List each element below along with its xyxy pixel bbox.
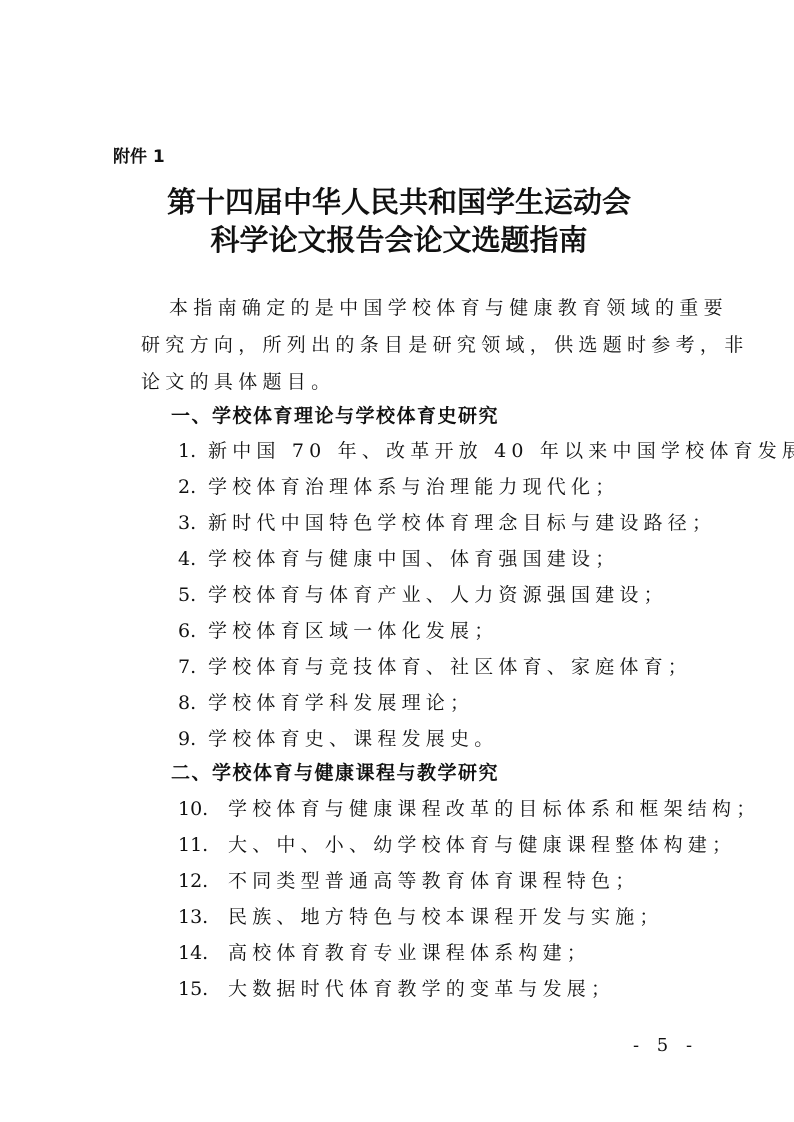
list-item: 11. 大、中、小、幼学校体育与健康课程整体构建； bbox=[178, 830, 736, 857]
intro-paragraph-line-2: 研究方向，所列出的条目是研究领域，供选题时参考，非 bbox=[141, 330, 749, 357]
item-number: 15. bbox=[178, 978, 228, 1000]
item-text: 学校体育治理体系与治理能力现代化； bbox=[208, 472, 619, 499]
item-number: 3. bbox=[178, 512, 208, 534]
item-number: 4. bbox=[178, 548, 208, 570]
list-item: 8. 学校体育学科发展理论； bbox=[178, 688, 474, 715]
item-text: 学校体育史、课程发展史。 bbox=[208, 724, 498, 751]
intro-paragraph-line-1: 本指南确定的是中国学校体育与健康教育领域的重要 bbox=[169, 293, 728, 320]
item-number: 2. bbox=[178, 476, 208, 498]
item-text: 学校体育学科发展理论； bbox=[208, 688, 474, 715]
attachment-label: 附件 1 bbox=[113, 142, 165, 167]
item-text: 大数据时代体育教学的变革与发展； bbox=[228, 974, 615, 1001]
intro-paragraph-line-3: 论文的具体题目。 bbox=[141, 367, 335, 394]
list-item: 2. 学校体育治理体系与治理能力现代化； bbox=[178, 472, 619, 499]
item-text: 新时代中国特色学校体育理念目标与建设路径； bbox=[208, 508, 716, 535]
item-number: 12. bbox=[178, 870, 228, 892]
list-item: 4. 学校体育与健康中国、体育强国建设； bbox=[178, 544, 619, 571]
list-item: 5. 学校体育与体育产业、人力资源强国建设； bbox=[178, 580, 668, 607]
item-text: 新中国 70 年、改革开放 40 年以来中国学校体育发展； bbox=[208, 436, 794, 463]
list-item: 3. 新时代中国特色学校体育理念目标与建设路径； bbox=[178, 508, 716, 535]
item-number: 9. bbox=[178, 728, 208, 750]
item-number: 11. bbox=[178, 834, 228, 856]
list-item: 7. 学校体育与竞技体育、社区体育、家庭体育； bbox=[178, 652, 692, 679]
document-title-line-1: 第十四届中华人民共和国学生运动会 bbox=[2, 180, 794, 221]
list-item: 1. 新中国 70 年、改革开放 40 年以来中国学校体育发展； bbox=[178, 436, 794, 463]
section-heading-1: 一、学校体育理论与学校体育史研究 bbox=[171, 401, 499, 428]
item-number: 14. bbox=[178, 942, 228, 964]
item-text: 学校体育与健康中国、体育强国建设； bbox=[208, 544, 619, 571]
item-number: 5. bbox=[178, 584, 208, 606]
item-number: 7. bbox=[178, 656, 208, 678]
list-item: 15. 大数据时代体育教学的变革与发展； bbox=[178, 974, 615, 1001]
list-item: 13. 民族、地方特色与校本课程开发与实施； bbox=[178, 902, 664, 929]
item-number: 1. bbox=[178, 440, 208, 462]
list-item: 10. 学校体育与健康课程改革的目标体系和框架结构； bbox=[178, 794, 760, 821]
item-number: 6. bbox=[178, 620, 208, 642]
item-text: 大、中、小、幼学校体育与健康课程整体构建； bbox=[228, 830, 736, 857]
item-number: 10. bbox=[178, 798, 228, 820]
item-text: 学校体育与竞技体育、社区体育、家庭体育； bbox=[208, 652, 692, 679]
section-heading-2: 二、学校体育与健康课程与教学研究 bbox=[171, 758, 499, 785]
item-text: 民族、地方特色与校本课程开发与实施； bbox=[228, 902, 664, 929]
item-text: 学校体育区域一体化发展； bbox=[208, 616, 498, 643]
item-text: 学校体育与健康课程改革的目标体系和框架结构； bbox=[228, 794, 760, 821]
item-number: 8. bbox=[178, 692, 208, 714]
item-number: 13. bbox=[178, 906, 228, 928]
item-text: 学校体育与体育产业、人力资源强国建设； bbox=[208, 580, 668, 607]
page-number: - 5 - bbox=[633, 1035, 698, 1056]
list-item: 12. 不同类型普通高等教育体育课程特色； bbox=[178, 866, 639, 893]
document-title-line-2: 科学论文报告会论文选题指南 bbox=[2, 218, 794, 259]
item-text: 高校体育教育专业课程体系构建； bbox=[228, 938, 591, 965]
document-page: 附件 1 第十四届中华人民共和国学生运动会 科学论文报告会论文选题指南 本指南确… bbox=[0, 0, 794, 1122]
list-item: 14. 高校体育教育专业课程体系构建； bbox=[178, 938, 591, 965]
item-text: 不同类型普通高等教育体育课程特色； bbox=[228, 866, 639, 893]
list-item: 6. 学校体育区域一体化发展； bbox=[178, 616, 498, 643]
list-item: 9. 学校体育史、课程发展史。 bbox=[178, 724, 498, 751]
